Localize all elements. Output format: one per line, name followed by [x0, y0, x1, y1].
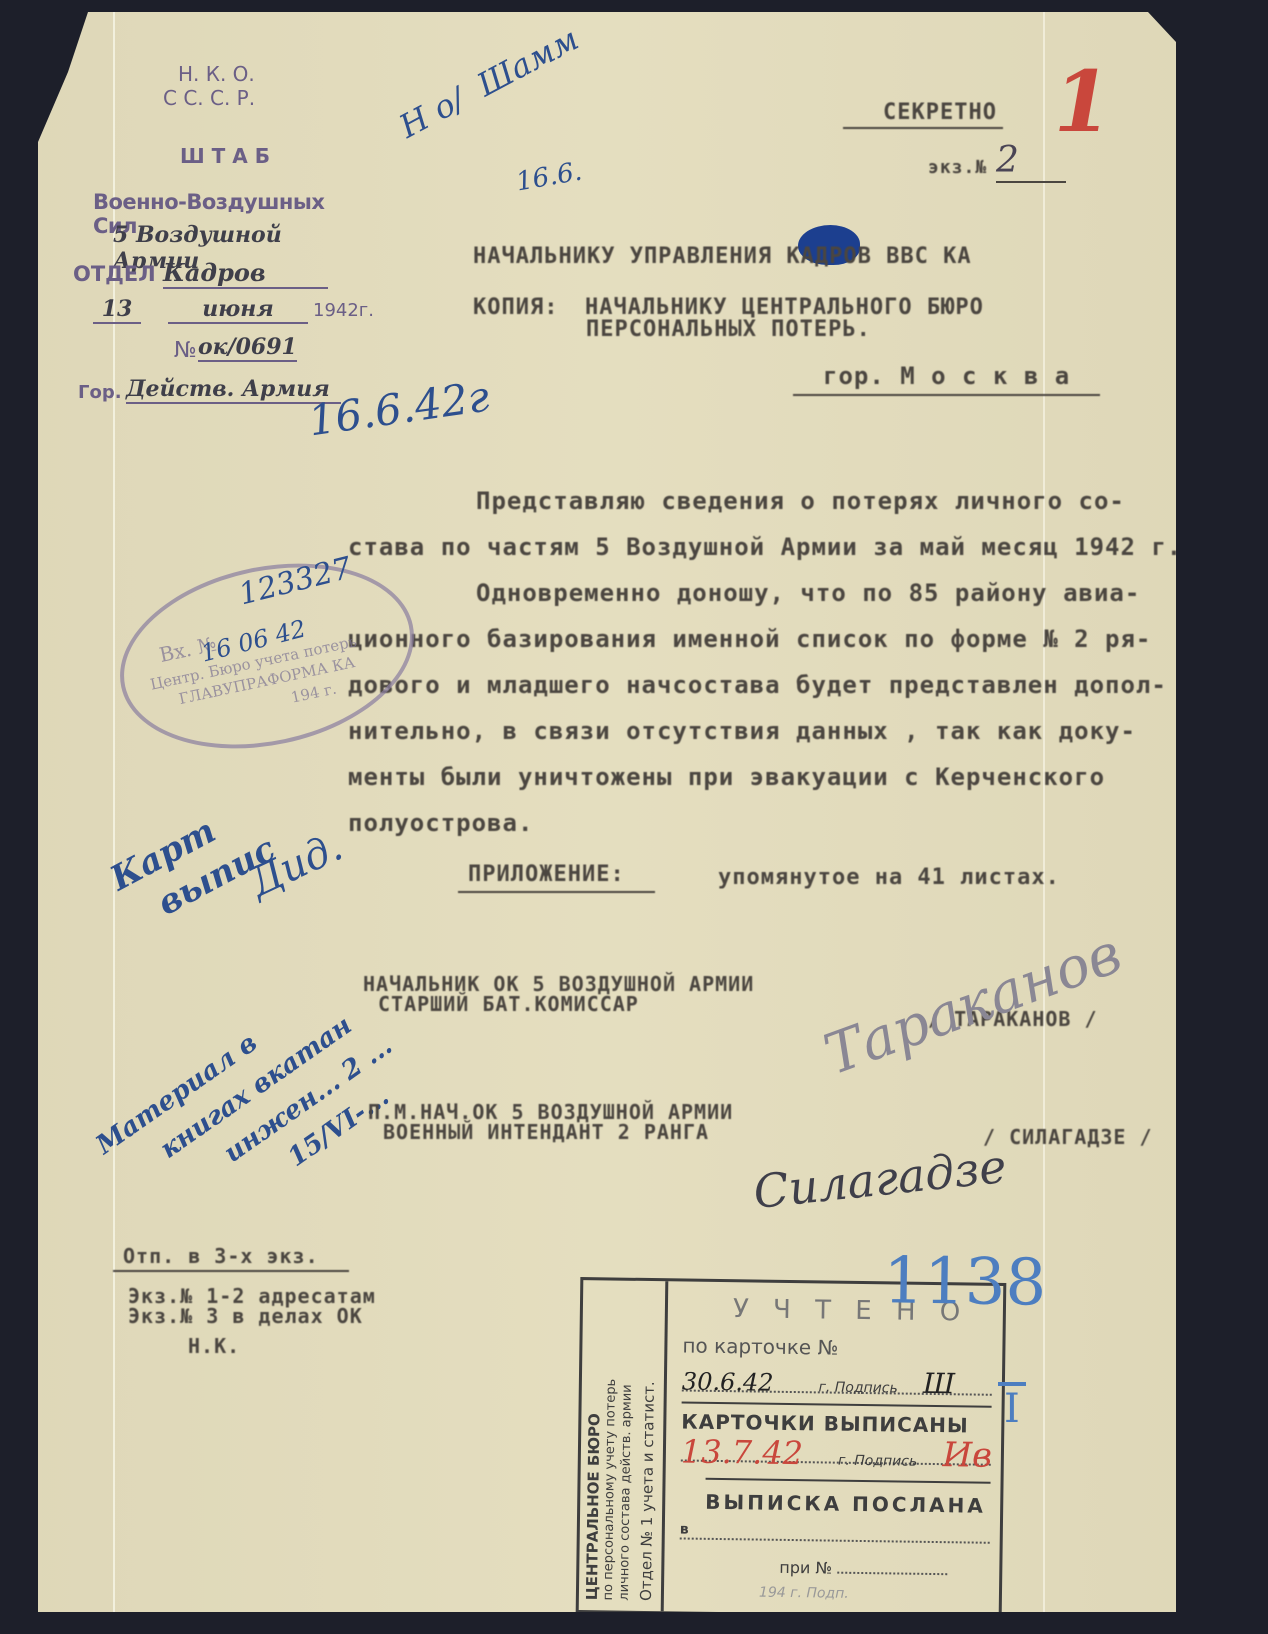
- registration-date-1: 30.6.42: [682, 1367, 774, 1396]
- stamp-dept-label: ОТДЕЛ: [73, 262, 156, 286]
- addressee-copy-line2: ПЕРСОНАЛЬНЫХ ПОТЕРЬ.: [586, 317, 871, 342]
- registration-with-no-field: [837, 1572, 947, 1576]
- registration-date-2: 13.7.42: [681, 1432, 804, 1472]
- registration-to-label: в: [680, 1521, 689, 1537]
- registration-line-1: 30.6.42 г. Подпись Ш: [682, 1363, 992, 1395]
- stamp-date-day: 13: [93, 296, 141, 324]
- sheet-number-mark: 1: [1044, 52, 1120, 151]
- body-line: Представляю сведения о потерях личного с…: [336, 478, 1216, 524]
- registration-side-mark: I: [998, 1382, 1026, 1432]
- signer-1-title-2: СТАРШИЙ БАТ.КОМИССАР: [378, 992, 639, 1016]
- registration-line-2: 13.7.42 г. Подпись Ив: [681, 1431, 991, 1465]
- top-annotation-date: 16.6.: [514, 156, 584, 197]
- stamp-number-value: ок/0691: [198, 334, 297, 362]
- registration-card-number: 1138: [883, 1244, 1047, 1320]
- body-line: менты были уничтожены при эвакуации с Ке…: [336, 754, 1216, 800]
- annotation-part: Шамм: [471, 20, 585, 105]
- signer-2-signature: Силагадзе: [751, 1139, 1009, 1219]
- attachment-label: ПРИЛОЖЕНИЕ:: [458, 862, 655, 893]
- body-line: нительно, в связи отсутствия данных , та…: [336, 708, 1216, 754]
- distribution-header: Отп. в 3-х экз.: [113, 1244, 349, 1272]
- body-text: Представляю сведения о потерях личного с…: [336, 478, 1216, 846]
- signer-2-title-2: ВОЕННЫЙ ИНТЕНДАНТ 2 РАНГА: [383, 1120, 709, 1144]
- body-line: Одновременно доношу, что по 85 району ав…: [336, 570, 1216, 616]
- stamp-date-year: 1942г.: [313, 300, 374, 321]
- stamp-shtab: Ш Т А Б: [180, 144, 270, 168]
- registration-to-line: в: [680, 1521, 990, 1543]
- document-page: Н. К. О. С С. С. Р. Ш Т А Б Военно-Возду…: [38, 12, 1176, 1612]
- registration-with-no: при №: [779, 1558, 989, 1580]
- signer-1-signature: Тараканов: [816, 921, 1130, 1088]
- distribution-line2: Экз.№ 3 в делах ОК: [128, 1304, 363, 1328]
- registration-card-label: по карточке №: [682, 1333, 992, 1361]
- copy-number-label: экз.№: [928, 157, 987, 178]
- registration-sig-mark-1: Ш: [923, 1367, 955, 1400]
- registration-year: 194 г. Подп.: [759, 1585, 989, 1604]
- body-line: ционного базирования именной список по ф…: [336, 616, 1216, 662]
- side-text: по персональному учету потерь: [601, 1379, 619, 1601]
- registration-extract-label: ВЫПИСКА ПОСЛАНА: [705, 1478, 990, 1518]
- addressee-city: гор. М о с к в а: [793, 362, 1100, 396]
- addressee-main: НАЧАЛЬНИКУ УПРАВЛЕНИЯ КАДРОВ ВВС КА: [473, 244, 972, 269]
- attachment-text: упомянутое на 41 листах.: [718, 865, 1060, 890]
- classification-label: СЕКРЕТНО: [843, 100, 1003, 129]
- side-text: Отдел № 1 учета и статист.: [637, 1381, 658, 1601]
- oval-year: 194 г.: [289, 680, 338, 707]
- registration-with-no-label: при №: [779, 1558, 832, 1578]
- body-line: става по частям 5 Воздушной Армии за май…: [336, 524, 1216, 570]
- stamp-nko: Н. К. О.: [178, 62, 255, 86]
- side-text: личного состава действ. армии: [617, 1384, 635, 1601]
- addressee-copy-label: КОПИЯ:: [473, 295, 558, 320]
- stamp-ussr: С С. С. Р.: [163, 86, 255, 110]
- registration-stamp-box: ЦЕНТРАЛЬНОЕ БЮРО по персональному учету …: [576, 1277, 1007, 1619]
- stamp-dept-value: Кадров: [163, 258, 328, 289]
- top-handwritten-annotation: Н о/ Шамм: [393, 20, 585, 146]
- distribution-line3: Н.К.: [188, 1334, 240, 1358]
- registration-sig-label-1: г. Подпись: [818, 1379, 897, 1396]
- body-line: дового и младшего начсостава будет предс…: [336, 662, 1216, 708]
- signer-2-name: / СИЛАГАДЗЕ /: [983, 1125, 1153, 1149]
- stamp-number-label: №: [174, 338, 197, 363]
- stamp-city-label: Гор.: [78, 382, 122, 403]
- annotation-part: Н о/: [393, 80, 471, 146]
- registration-sig-label-2: г. Подпись: [838, 1453, 917, 1470]
- stamp-date-month: июня: [168, 296, 308, 324]
- registration-side-panel: ЦЕНТРАЛЬНОЕ БЮРО по персональному учету …: [579, 1280, 669, 1611]
- registration-sig-mark-2: Ив: [942, 1435, 992, 1476]
- body-line: полуострова.: [336, 800, 1216, 846]
